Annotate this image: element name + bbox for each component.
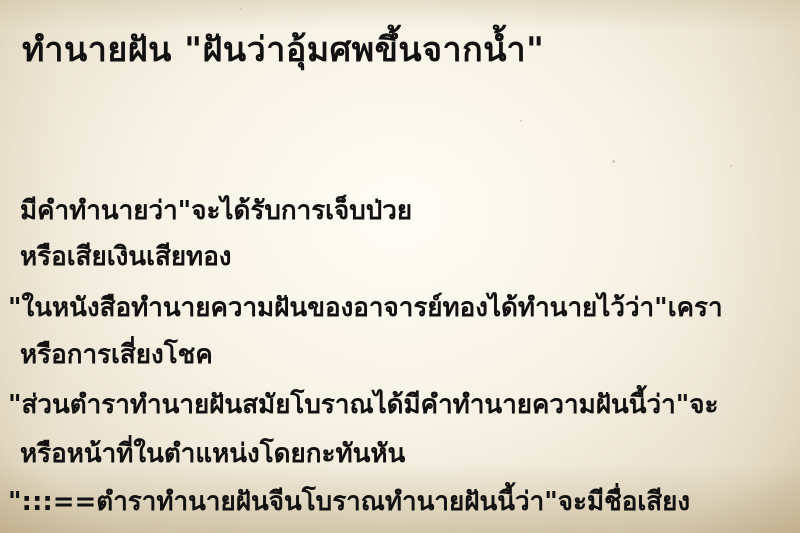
text-line-2: หรือเสียเงินเสียทอง [20,244,232,270]
paper-speck [240,8,242,10]
paper-speck [520,120,522,122]
text-line-7: ":::==ตำราทำนายฝันจีนโบราณทำนายฝันนี้ว่า… [8,489,690,515]
text-line-4: หรือการเสี่ยงโชค [20,342,213,368]
text-line-5: "ส่วนตำราทำนายฝันสมัยโบราณได้มีคำทำนายคว… [8,392,718,418]
text-line-1: มีคำทำนายว่า"จะได้รับการเจ็บป่วย [20,198,412,224]
paper-speck [612,160,615,163]
page-title: ทำนายฝัน "ฝันว่าอุ้มศพขึ้นจากน้ำ" [22,22,544,76]
paper-speck [730,165,732,167]
text-line-6: หรือหน้าที่ในตำแหน่งโดยกะทันหัน [20,441,405,467]
text-line-3: "ในหนังสือทำนายความฝันของอาจารย์ทองได้ทำ… [8,295,723,321]
